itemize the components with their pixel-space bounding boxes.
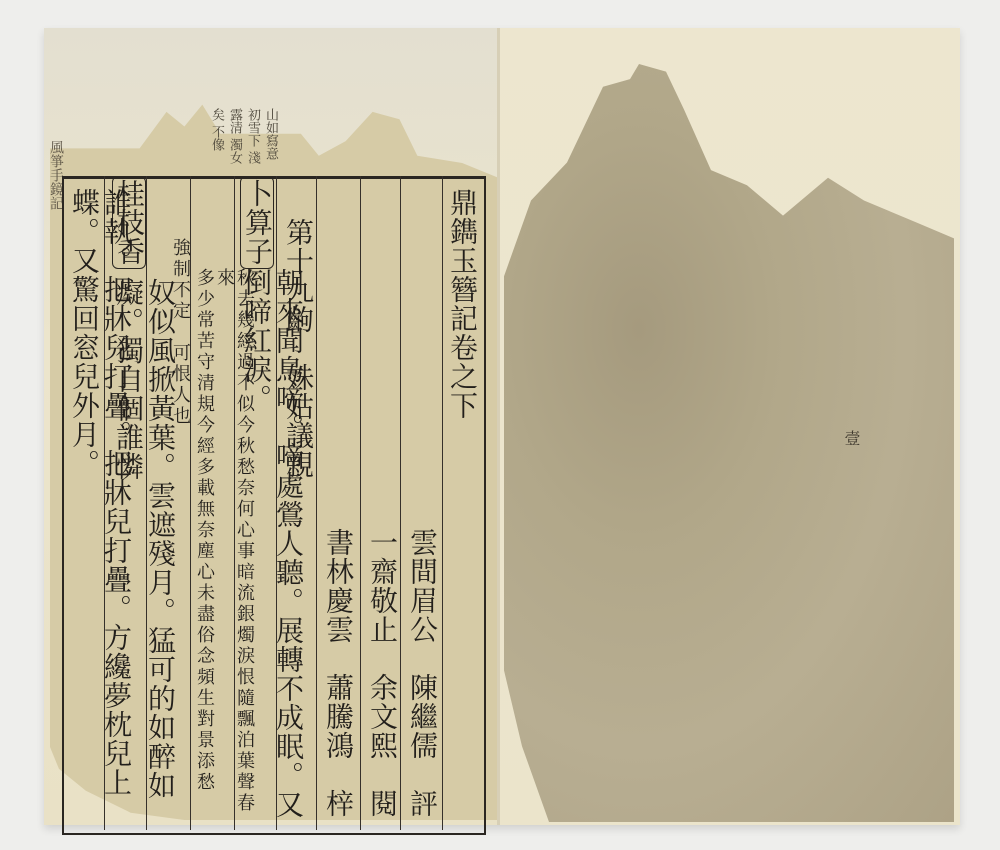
reviewer-credit: 一齋敬止 余文熙 閱 [366, 528, 398, 818]
column-rule [360, 176, 361, 830]
seal-mark: 壹 [840, 430, 863, 446]
publisher-credit: 書林慶雲 蕭騰鴻 梓 [322, 528, 354, 818]
commentator-credit: 雲間眉公 陳繼儒 評 [406, 528, 438, 818]
water-stain [504, 64, 954, 822]
left-page: 風箏手鏡記 山如寫意 初雪下 淺露清 濁女矣 不像 鼎鐫玉簪記卷之下 雲間眉公 … [44, 28, 498, 825]
column-rule [400, 176, 401, 830]
aria-line-2-continued: 誰執。把牀兒打疊。把牀兒打疊。方纔夢枕兒上蝶。又驚回窓兒外月。 [68, 188, 132, 825]
column-rule [442, 176, 443, 830]
prose-column-2: 多少常苦守清規今經多載無奈塵心未盡俗念頻生對景添愁 [194, 268, 214, 793]
right-page [500, 28, 960, 825]
volume-title: 鼎鐫玉簪記卷之下 [446, 188, 478, 420]
open-book: 風箏手鏡記 山如寫意 初雪下 淺露清 濁女矣 不像 鼎鐫玉簪記卷之下 雲間眉公 … [44, 28, 960, 825]
tune-label-busuanzi: 卜算子 [240, 176, 274, 269]
prose-column-1: 秋去幾經過不似今秋愁奈何心事暗流銀燭淚恨隨飄泊葉聲春來 [214, 268, 254, 825]
handwritten-annotation: 山如寫意 初雪下 淺露清 濁女矣 不像 [159, 108, 279, 168]
column-rule [316, 176, 317, 830]
